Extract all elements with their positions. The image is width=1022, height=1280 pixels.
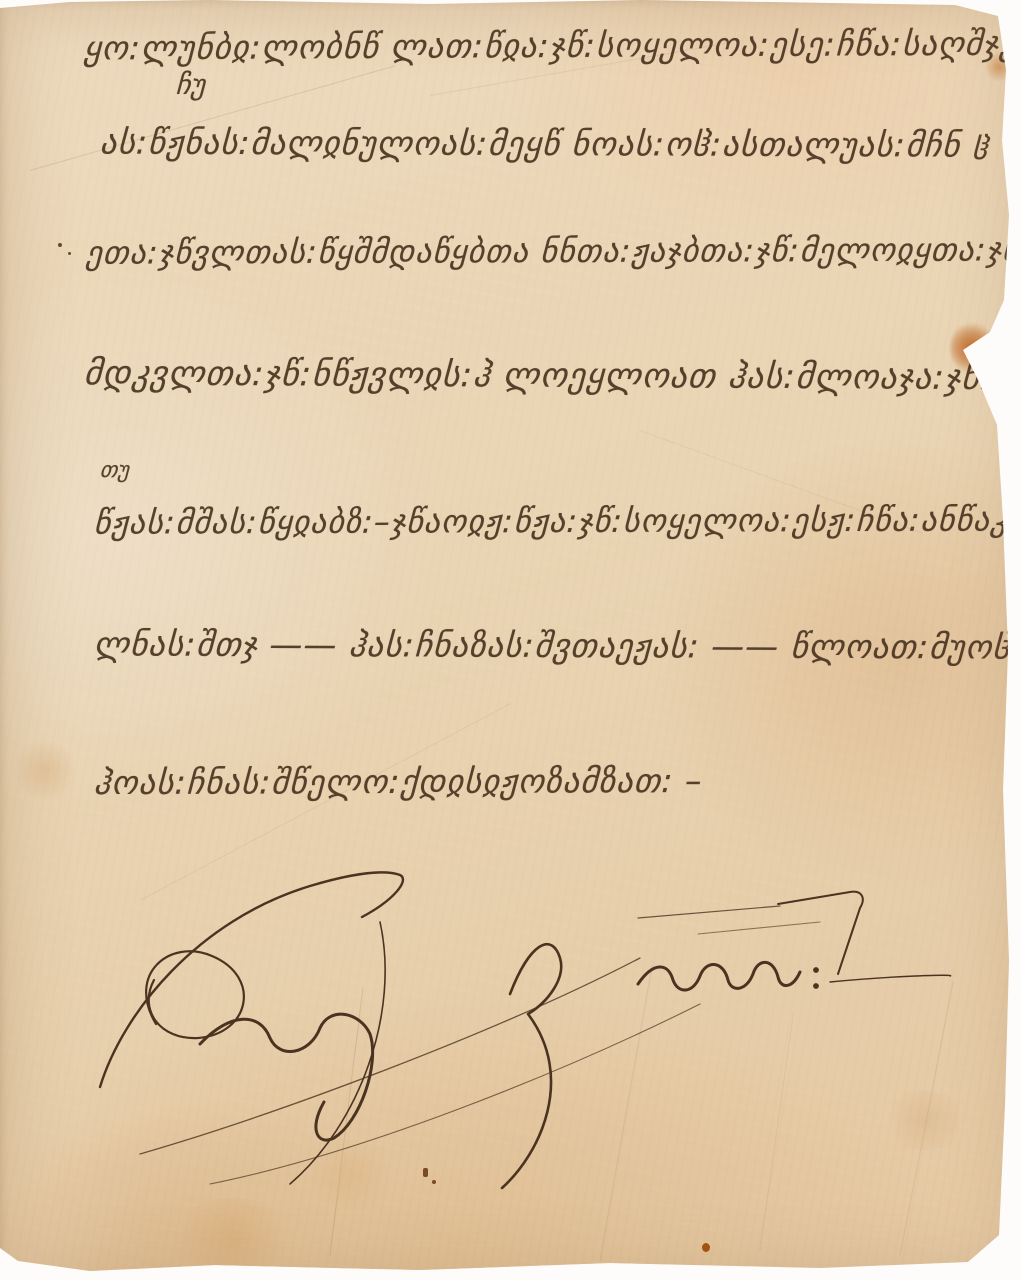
signature-colon-dot <box>814 968 819 973</box>
manuscript-photo: ყო:ლუნბჲ:ლობნწ ლათ:წჲა:ჯწ:სოყელოა:ესე:ჩწ… <box>0 0 1022 1280</box>
text-line-4: მდკვლთა:ჯწ:ნწჟვლჲს:ჰ ლოეყლოათ ჰას:მლოაჯა… <box>83 353 1022 398</box>
signature-flourish <box>78 862 968 1202</box>
foxing-stain <box>10 740 80 800</box>
line-2-tail-letter: ჱ <box>971 132 988 167</box>
text-line-3: ეთა:ჯწვლთას:წყშმდაწყბთა ნნთა:ჟაჯბთა:ჯწ:მ… <box>85 230 1022 271</box>
text-line-6: ლნას:შთჯ —— ჰას:ჩნაზას:შვთაეჟას: —— წლოა… <box>93 624 1022 666</box>
signature-ascender-sweep <box>100 872 403 1087</box>
signature-cross-diagonal <box>140 958 640 1154</box>
signature-right-zigzag <box>638 962 800 990</box>
line-5-superscript-note: თუ <box>99 458 129 483</box>
signature-letter-cluster <box>200 1014 373 1140</box>
paper-sheet: ყო:ლუნბჲ:ლობნწ ლათ:წჲა:ჯწ:სოყელოა:ესე:ჩწ… <box>0 0 1022 1280</box>
ink-speck <box>68 252 71 255</box>
signature-top-dash <box>638 906 780 918</box>
signature-cross-diagonal <box>210 1004 700 1184</box>
ink-speck <box>702 1243 710 1252</box>
signature-mid-letter <box>502 944 561 1188</box>
signature-terminal-line <box>830 975 951 982</box>
signature-mid-descender <box>290 922 385 1184</box>
signature-top-dash <box>698 922 820 934</box>
text-line-5: წჟას:მშას:წყჲაბზ:–ჯწაოჲჟ:წჟა:ჯწ:სოყელოა:… <box>93 500 1022 541</box>
text-line-7: ჰოას:ჩნას:შწელო:ქდჲსჲჟოზამზათ: – <box>93 761 704 802</box>
text-line-1: ყო:ლუნბჲ:ლობნწ ლათ:წჲა:ჯწ:სოყელოა:ესე:ჩწ… <box>83 24 1018 68</box>
foxing-stain <box>168 1198 298 1278</box>
text-line-2: ას:წჟნას:მალჲნულოას:მეყწ ნოას:ოჱ:ასთალუა… <box>99 122 962 164</box>
signature-colon-dot <box>814 984 819 989</box>
ink-speck <box>58 243 62 247</box>
signature-left-loop <box>146 951 244 1038</box>
signature-tall-flag <box>778 892 863 974</box>
line-1-subscript-note: ჩუ <box>175 68 206 101</box>
